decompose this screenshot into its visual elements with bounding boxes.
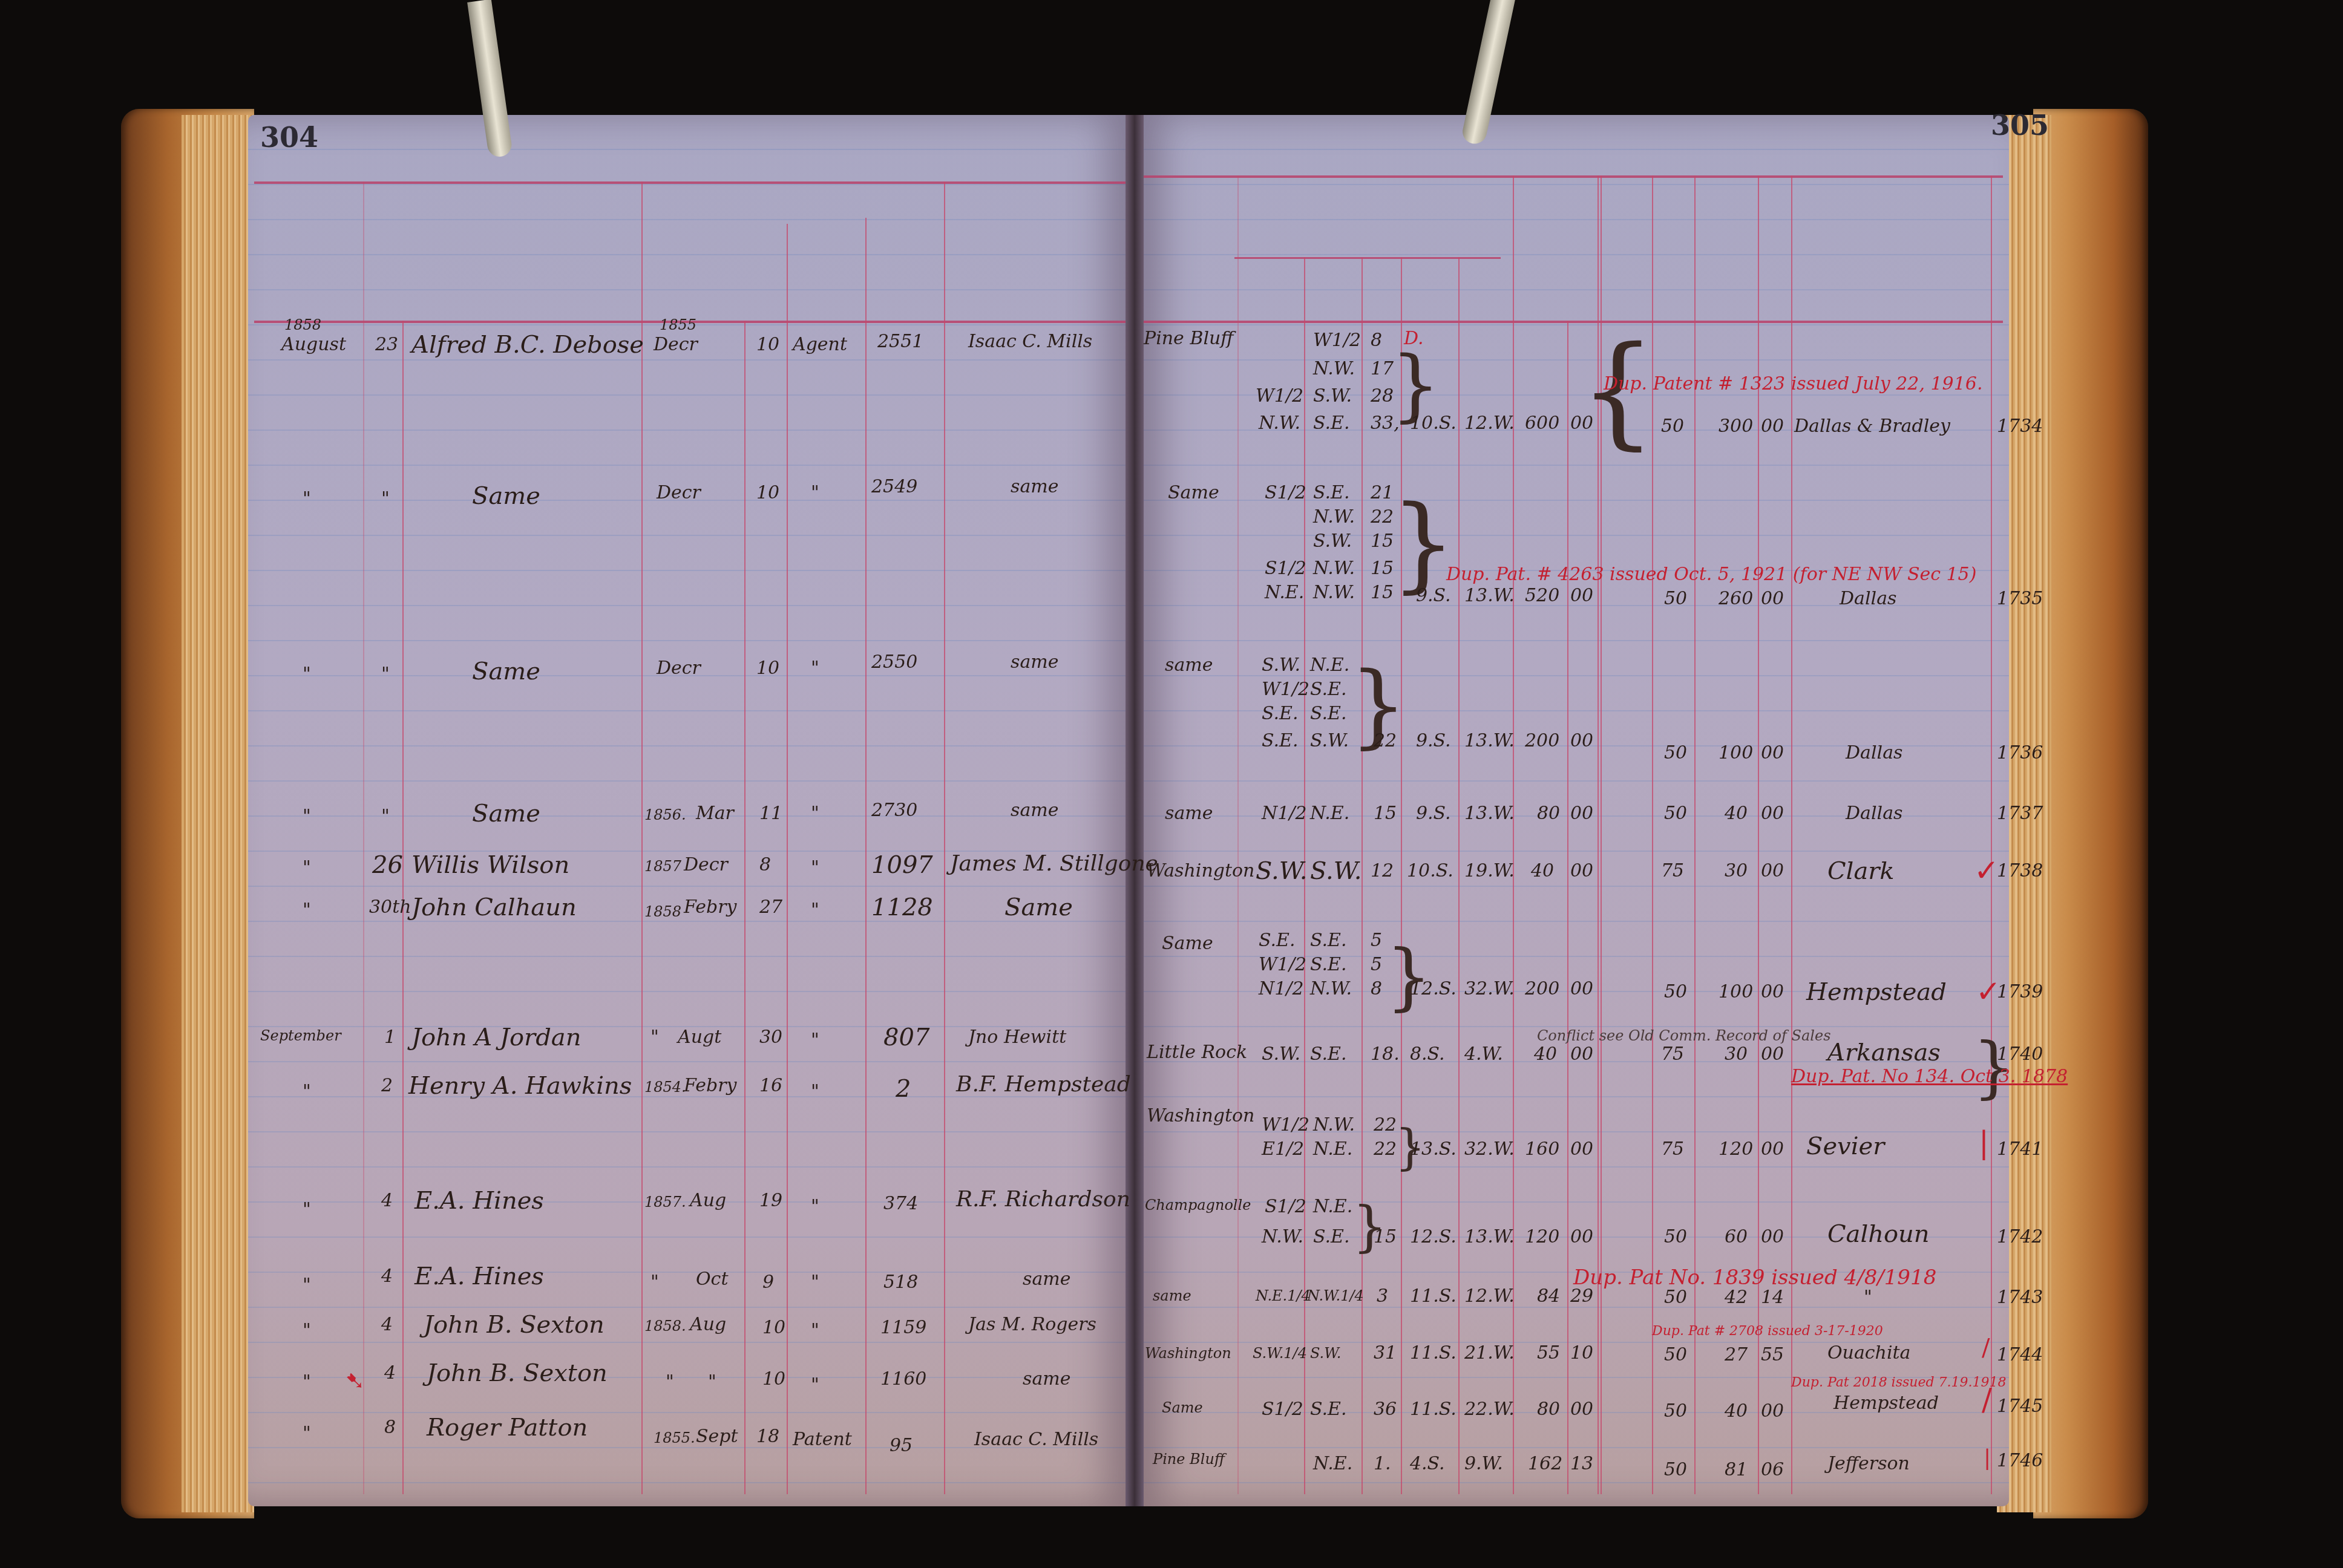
rule — [744, 321, 745, 1494]
acres: 200 — [1525, 732, 1559, 750]
amount: 100 — [1719, 744, 1753, 762]
parcel-section: 8 — [1371, 980, 1382, 998]
rule — [641, 181, 643, 1494]
range: 13.W. — [1464, 732, 1515, 750]
certificate-number: 2730 — [871, 802, 917, 820]
acres: 600 — [1525, 414, 1559, 433]
parcel-section: 15 — [1374, 1228, 1397, 1246]
rate: 50 — [1664, 1346, 1687, 1364]
parcel-part: S.W. — [1262, 1045, 1300, 1063]
day: 4 — [384, 1364, 396, 1382]
header-rule-top-right — [1144, 175, 2003, 178]
month: " — [303, 1373, 311, 1391]
township: 9.S. — [1416, 587, 1451, 605]
acres: 160 — [1525, 1140, 1559, 1158]
assignee: same — [1011, 653, 1058, 671]
red-annotation: Dup. Pat. # 4263 issued Oct. 5, 1921 (fo… — [1446, 566, 1976, 584]
entry-month: " — [708, 1373, 716, 1391]
cents: 00 — [1761, 1045, 1784, 1063]
county: " — [1864, 1289, 1872, 1307]
certificate-number: 1097 — [871, 853, 933, 877]
rule — [787, 224, 788, 1494]
day: 4 — [381, 1316, 393, 1334]
acres-decimal: 13 — [1570, 1455, 1593, 1473]
parcel-section: 12 — [1371, 862, 1394, 880]
parcel-sub: N.W. — [1310, 980, 1352, 998]
month: " — [303, 665, 311, 684]
parcel-section: 22 — [1374, 1140, 1397, 1158]
parcel-sub: N.W. — [1313, 584, 1355, 602]
purchaser-name: Roger Patton — [427, 1416, 588, 1440]
parcel-sub: S.E. — [1313, 484, 1349, 502]
purchaser-name: Same — [472, 484, 540, 508]
header-subrule-right — [1234, 257, 1501, 259]
county: Jefferson — [1827, 1455, 1910, 1473]
month: " — [303, 1201, 311, 1219]
amount: 27 — [1725, 1346, 1748, 1364]
parcel-part: S.E. — [1262, 705, 1298, 723]
purchaser-name: Same — [472, 659, 540, 684]
parcel-sub: S.W. — [1313, 387, 1352, 405]
entry-month: Febry — [684, 898, 736, 916]
purchaser-name: John B. Sexton — [427, 1361, 608, 1385]
assignee: B.F. Hempstead — [956, 1074, 1131, 1096]
assignee: same — [1011, 802, 1058, 820]
assignee: Jno Hewitt — [968, 1028, 1066, 1047]
acres-decimal: 00 — [1570, 862, 1593, 880]
acres: 120 — [1525, 1228, 1559, 1246]
parcel-part: S.W. — [1256, 859, 1308, 883]
parcel-part: E1/2 — [1262, 1140, 1304, 1158]
month: September — [260, 1028, 341, 1043]
county: Hempstead — [1806, 980, 1947, 1004]
entry-month: Aug — [690, 1316, 726, 1334]
parcel-sub: S.E. — [1310, 932, 1346, 950]
entry-day: 9 — [762, 1273, 774, 1292]
parcel-sub: S.W. — [1310, 732, 1349, 750]
amount: 42 — [1725, 1289, 1748, 1307]
range: 4.W. — [1464, 1045, 1503, 1063]
entry-day: 30 — [759, 1028, 782, 1047]
entry-month: Aug — [690, 1192, 726, 1210]
day: 8 — [384, 1419, 396, 1437]
land-office: Washington — [1145, 1346, 1231, 1361]
day: 23 — [375, 336, 398, 354]
header-rule-bottom-right — [1144, 321, 2003, 323]
county: Clark — [1827, 859, 1895, 883]
acres: 84 — [1537, 1287, 1560, 1305]
county: Dallas — [1846, 805, 1902, 823]
rate: 50 — [1664, 1289, 1687, 1307]
assignee: same — [1011, 478, 1058, 496]
parcel-sub: N.W.1/4 — [1307, 1289, 1364, 1303]
land-office: Champagnolle — [1145, 1198, 1251, 1212]
range: 32.W. — [1464, 980, 1515, 998]
purchaser-name: Willis Wilson — [411, 853, 569, 877]
county: Sevier — [1806, 1134, 1884, 1158]
page-number-right: 305 — [1991, 109, 2049, 142]
certificate-number: 95 — [890, 1437, 913, 1455]
acres: 200 — [1525, 980, 1559, 998]
month: " — [303, 859, 311, 877]
red-arrow-mark: ➷ — [345, 1367, 365, 1395]
assignee: Isaac C. Mills — [974, 1431, 1098, 1449]
rate: 50 — [1664, 983, 1687, 1001]
purchaser-name: Henry A. Hawkins — [408, 1074, 632, 1098]
month: " — [303, 1276, 311, 1295]
township: 11.S. — [1410, 1344, 1457, 1362]
parcel-part: W1/2 — [1259, 956, 1306, 974]
month: August — [281, 336, 346, 354]
entry-year: 1854. — [644, 1080, 686, 1094]
amount: 40 — [1725, 805, 1748, 823]
parcel-section: 8 — [1371, 332, 1382, 350]
entry-type: " — [811, 1376, 819, 1394]
assignee: Isaac C. Mills — [968, 333, 1092, 351]
entry-month: Decr — [657, 659, 701, 678]
parcel-section: 5 — [1371, 956, 1382, 974]
entry-day: 19 — [759, 1192, 782, 1210]
acres-decimal: 00 — [1570, 1140, 1593, 1158]
certificate-number: 1159 — [880, 1319, 926, 1337]
entry-month: Oct — [696, 1270, 728, 1289]
township: 12.S. — [1410, 1228, 1457, 1246]
entry-year: 1855. — [654, 1431, 695, 1445]
entry-year: 1856. — [644, 808, 686, 822]
entry-type: Patent — [793, 1431, 852, 1449]
parcel-sub: S.E. — [1310, 956, 1346, 974]
entry-month: Decr — [684, 856, 728, 874]
rate: 75 — [1661, 1140, 1684, 1158]
acres-decimal: 10 — [1570, 1344, 1593, 1362]
certificate-number: 1737 — [1997, 805, 2043, 823]
land-office: Same — [1162, 1400, 1203, 1415]
amount: 40 — [1725, 1402, 1748, 1420]
grey-annotation: Conflict see Old Comm. Record of Sales — [1537, 1028, 1830, 1043]
rate: 75 — [1661, 1045, 1684, 1063]
certificate-number: 2550 — [871, 653, 917, 671]
acres: 55 — [1537, 1344, 1560, 1362]
acres-decimal: 00 — [1570, 980, 1593, 998]
county: Hempstead — [1833, 1394, 1939, 1413]
assignee: James M. Stillgone — [950, 853, 1158, 875]
parcel-section: 36 — [1374, 1400, 1397, 1419]
entry-day: 8 — [759, 856, 771, 874]
township: 13.S. — [1410, 1140, 1457, 1158]
certificate-number: 1160 — [880, 1370, 926, 1388]
cents: 55 — [1761, 1346, 1784, 1364]
land-office: Same — [1168, 484, 1219, 502]
entry-day: 10 — [756, 659, 779, 678]
parcel-sub: S.E. — [1310, 1400, 1346, 1419]
parcel-sub: N.W. — [1313, 1116, 1355, 1134]
parcel-part: N1/2 — [1259, 980, 1304, 998]
parcel-section: 3 — [1377, 1287, 1388, 1305]
land-office: Same — [1162, 935, 1213, 953]
certificate-number: 1736 — [1997, 744, 2043, 762]
parcel-part: W1/2 — [1262, 1116, 1309, 1134]
rate: 50 — [1664, 1402, 1687, 1420]
entry-type: " — [811, 1322, 819, 1340]
page-stack-left — [182, 115, 254, 1512]
range: 19.W. — [1464, 862, 1515, 880]
acres: 40 — [1531, 862, 1554, 880]
county: Dallas — [1846, 744, 1902, 762]
range: 13.W. — [1464, 1228, 1515, 1246]
township: 10.S. — [1410, 414, 1457, 433]
parcel-sub: N.E. — [1313, 1198, 1352, 1216]
red-annotation: Dup. Patent # 1323 issued July 22, 1916. — [1604, 375, 1982, 393]
certificate-number: 1738 — [1997, 862, 2043, 880]
day: " — [381, 490, 390, 508]
entry-day: 10 — [762, 1370, 785, 1388]
certificate-number: 1741 — [1997, 1140, 2043, 1158]
parcel-part: S1/2 — [1265, 484, 1306, 502]
parcel-part: N.W. — [1262, 1228, 1303, 1246]
certificate-number: 518 — [883, 1273, 918, 1292]
purchaser-name: John Calhaun — [411, 895, 577, 920]
acres-decimal: 00 — [1570, 1400, 1593, 1419]
parcel-sub: S.E. — [1310, 705, 1346, 723]
certificate-number: 1746 — [1997, 1452, 2043, 1470]
parcel-sub: S.W. — [1313, 532, 1352, 550]
red-tick-mark: | — [1984, 1446, 1991, 1471]
parcel-part: N1/2 — [1262, 805, 1307, 823]
township: 12.S. — [1410, 980, 1457, 998]
range: 32.W. — [1464, 1140, 1515, 1158]
land-office: Pine Bluff — [1153, 1452, 1225, 1466]
parcel-part: S1/2 — [1265, 560, 1306, 578]
purchaser-name: E.A. Hines — [415, 1264, 544, 1289]
certificate-number: 2551 — [877, 333, 923, 351]
book-gutter — [1126, 115, 1144, 1506]
parcel-section: 22 — [1374, 1116, 1397, 1134]
parcel-part: S.W. — [1262, 656, 1300, 675]
land-office: Washington — [1147, 862, 1254, 880]
land-office: same — [1153, 1289, 1191, 1303]
entry-year: 1857 — [644, 859, 681, 874]
entry-year: 1855 — [660, 318, 696, 332]
parcel-sub: N.E. — [1310, 656, 1349, 675]
rate: 50 — [1661, 417, 1684, 436]
purchaser-name: Same — [472, 802, 540, 826]
acres-decimal: 00 — [1570, 1045, 1593, 1063]
cents: 00 — [1761, 862, 1784, 880]
certificate-number: 1745 — [1997, 1397, 2043, 1416]
township: 11.S. — [1410, 1287, 1457, 1305]
certificate-number: 1742 — [1997, 1228, 2043, 1246]
land-office: same — [1165, 805, 1213, 823]
entry-day: 10 — [756, 484, 779, 502]
amount: 260 — [1719, 590, 1753, 608]
red-tick-mark: | — [1979, 1125, 1989, 1160]
entry-month: Decr — [654, 336, 698, 354]
purchaser-name: E.A. Hines — [415, 1189, 544, 1213]
certificate-number: 1128 — [871, 895, 933, 920]
purchaser-name: John A Jordan — [411, 1025, 581, 1050]
entry-day: 11 — [759, 805, 782, 823]
parcel-sub: N.E. — [1310, 805, 1349, 823]
acres: 520 — [1525, 587, 1559, 605]
month: " — [303, 1083, 311, 1101]
red-annotation: Dup. Pat. No 134. Oct 3. 1878 — [1791, 1068, 2068, 1086]
entry-type: Agent — [793, 336, 847, 354]
land-office: Washington — [1147, 1107, 1254, 1125]
township: 9.S. — [1416, 732, 1451, 750]
acres-decimal: 29 — [1570, 1287, 1593, 1305]
cents: 00 — [1761, 417, 1784, 436]
parcel-sub: W1/2 — [1313, 332, 1361, 350]
range: 13.W. — [1464, 805, 1515, 823]
land-office: same — [1165, 656, 1213, 675]
parcel-sub: N.W. — [1313, 360, 1355, 378]
entry-year: " — [650, 1273, 659, 1292]
entry-type: " — [811, 805, 819, 823]
range: 21.W. — [1464, 1344, 1515, 1362]
entry-month: Decr — [657, 484, 701, 502]
cents: 00 — [1761, 1228, 1784, 1246]
parcel-part: N.E. — [1265, 584, 1304, 602]
entry-day: 27 — [759, 898, 782, 916]
red-tick-mark: / — [1982, 1382, 1992, 1417]
parcel-section: 18. — [1371, 1045, 1400, 1063]
parcel-part: S1/2 — [1265, 1198, 1306, 1216]
rate: 50 — [1664, 744, 1687, 762]
certificate-number: 807 — [883, 1025, 929, 1050]
certificate-number: 1744 — [1997, 1346, 2043, 1364]
parcel-sub: N.E. — [1313, 1140, 1352, 1158]
range: 9.W. — [1464, 1455, 1503, 1473]
certificate-number: 1740 — [1997, 1045, 2043, 1063]
county: Arkansas — [1827, 1040, 1941, 1065]
rate: 50 — [1664, 805, 1687, 823]
entry-year: 1857. — [644, 1195, 686, 1209]
rule — [363, 181, 364, 1494]
acres: 80 — [1537, 1400, 1560, 1419]
brace: } — [1386, 935, 1432, 1019]
red-checkmark-icon: ✓ — [1974, 853, 1999, 888]
page-number-left: 304 — [260, 121, 318, 154]
entry-type: " — [811, 484, 819, 502]
red-annotation: Dup. Pat 2018 issued 7.19.1918 — [1791, 1376, 2006, 1390]
day: 2 — [381, 1077, 393, 1095]
parcel-section: 1. — [1374, 1455, 1391, 1473]
day: 1 — [384, 1028, 396, 1047]
county: Dallas & Bradley — [1794, 417, 1950, 436]
land-office: Pine Bluff — [1144, 330, 1234, 348]
parcel-sub: N.W. — [1313, 508, 1355, 526]
rate: 50 — [1664, 1461, 1687, 1479]
entry-type: " — [811, 1083, 819, 1101]
county: Calhoun — [1827, 1222, 1930, 1246]
assignee: same — [1023, 1270, 1070, 1289]
acres-decimal: 00 — [1570, 732, 1593, 750]
amount: 300 — [1719, 417, 1753, 436]
rule — [1458, 257, 1460, 1494]
entry-year: " — [650, 1028, 659, 1047]
entry-type: " — [811, 1273, 819, 1292]
county: Ouachita — [1827, 1344, 1910, 1362]
amount: 30 — [1725, 1045, 1748, 1063]
cents: 14 — [1761, 1289, 1784, 1307]
parcel-sub: N.E. — [1313, 1455, 1352, 1473]
acres-decimal: 00 — [1570, 805, 1593, 823]
amount: 30 — [1725, 862, 1748, 880]
entry-type: " — [811, 1031, 819, 1050]
cents: 00 — [1761, 983, 1784, 1001]
entry-month: Mar — [696, 805, 734, 823]
range: 13.W. — [1464, 587, 1515, 605]
parcel-section: 22 — [1374, 732, 1397, 750]
month: " — [303, 808, 311, 826]
cents: 06 — [1761, 1461, 1784, 1479]
day: 4 — [381, 1267, 393, 1285]
rule — [1567, 321, 1568, 1494]
certificate-number: 374 — [883, 1195, 918, 1213]
acres: 162 — [1528, 1455, 1562, 1473]
entry-type: " — [811, 659, 819, 678]
assignee: Jas M. Rogers — [968, 1316, 1096, 1334]
parcel-part: S.W.1/4 — [1253, 1346, 1307, 1361]
header-rule-top-left — [254, 181, 1126, 184]
rule — [1237, 175, 1239, 1494]
entry-type: " — [811, 1198, 819, 1216]
rule — [1991, 175, 1992, 1494]
range: 12.W. — [1464, 414, 1515, 433]
certificate-number: 1739 — [1997, 983, 2043, 1001]
entry-day: 10 — [762, 1319, 785, 1337]
entry-day: 10 — [756, 336, 779, 354]
certificate-number: 2549 — [871, 478, 917, 496]
entry-day: 16 — [759, 1077, 782, 1095]
township: 8.S. — [1410, 1045, 1445, 1063]
rate: 50 — [1664, 1228, 1687, 1246]
rate: 75 — [1661, 862, 1684, 880]
assignee: R.F. Richardson — [956, 1189, 1130, 1210]
month: " — [303, 901, 311, 920]
parcel-part: W1/2 — [1256, 387, 1303, 405]
parcel-section: 15 — [1374, 805, 1397, 823]
county: Dallas — [1840, 590, 1896, 608]
entry-year: " — [666, 1373, 674, 1391]
parcel-part: S.E. — [1259, 932, 1295, 950]
parcel-sub: S.E. — [1313, 414, 1349, 433]
acres: 40 — [1534, 1045, 1557, 1063]
parcel-part: W1/2 — [1262, 681, 1309, 699]
amount: 60 — [1725, 1228, 1748, 1246]
amount: 100 — [1719, 983, 1753, 1001]
cents: 00 — [1761, 1140, 1784, 1158]
entry-month: Augt — [678, 1028, 721, 1047]
parcel-section: 5 — [1371, 932, 1382, 950]
acres-decimal: 00 — [1570, 1228, 1593, 1246]
land-office: Little Rock — [1147, 1044, 1247, 1062]
purchaser-name: John B. Sexton — [424, 1313, 605, 1337]
parcel-sub: S.E. — [1310, 681, 1346, 699]
month: " — [303, 1322, 311, 1340]
entry-type: " — [811, 859, 819, 877]
township: 4.S. — [1410, 1455, 1445, 1473]
assignee: same — [1023, 1370, 1070, 1388]
range: 12.W. — [1464, 1287, 1515, 1305]
cents: 00 — [1761, 744, 1784, 762]
red-annotation: Dup. Pat # 2708 issued 3-17-1920 — [1652, 1325, 1883, 1338]
entry-year: 1858. — [644, 1319, 686, 1333]
day: " — [381, 665, 390, 684]
rate: 50 — [1664, 590, 1687, 608]
entry-month: Sept — [696, 1428, 738, 1446]
acres: 80 — [1537, 805, 1560, 823]
